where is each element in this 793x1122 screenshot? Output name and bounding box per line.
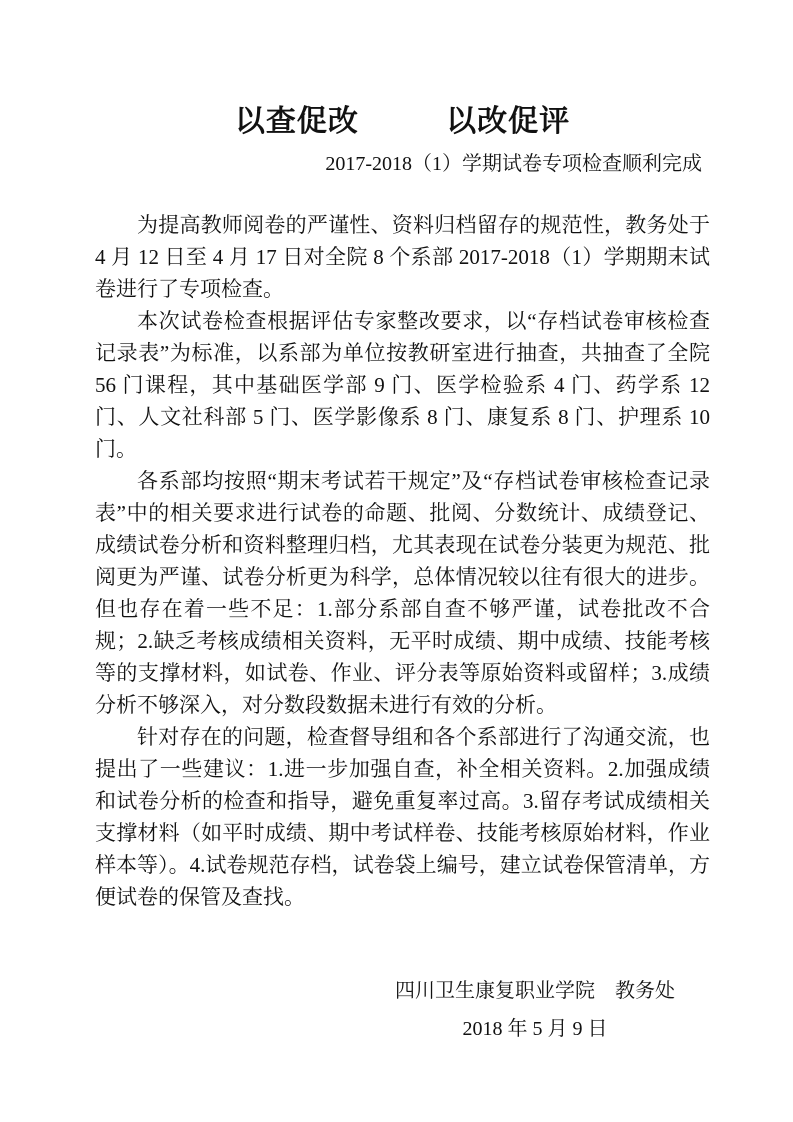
body-paragraph-4: 针对存在的问题，检查督导组和各个系部进行了沟通交流，也提出了一些建议：1.进一步… (95, 721, 710, 913)
body-paragraph-3: 各系部均按照“期末考试若干规定”及“存档试卷审核检查记录表”中的相关要求进行试卷… (95, 465, 710, 721)
document-page: 以查促改 以改促评 2017-2018（1）学期试卷专项检查顺利完成 为提高教师… (0, 0, 793, 1122)
signature-date: 2018 年 5 月 9 日 (395, 1013, 675, 1045)
body-paragraph-1: 为提高教师阅卷的严谨性、资料归档留存的规范性，教务处于 4 月 12 日至 4 … (95, 209, 710, 305)
document-title: 以查促改 以改促评 (95, 103, 710, 141)
document-body: 为提高教师阅卷的严谨性、资料归档留存的规范性，教务处于 4 月 12 日至 4 … (95, 209, 710, 913)
document-subtitle: 2017-2018（1）学期试卷专项检查顺利完成 (95, 151, 710, 177)
signature-block: 四川卫生康复职业学院 教务处 2018 年 5 月 9 日 (95, 975, 710, 1045)
signature-org: 四川卫生康复职业学院 教务处 (395, 975, 675, 1007)
signature-inner: 四川卫生康复职业学院 教务处 2018 年 5 月 9 日 (395, 975, 675, 1045)
document-title-part1: 以查促改 (235, 105, 359, 138)
document-content: 以查促改 以改促评 2017-2018（1）学期试卷专项检查顺利完成 为提高教师… (0, 0, 793, 1045)
document-title-part2: 以改促评 (446, 105, 570, 138)
body-paragraph-2: 本次试卷检查根据评估专家整改要求，以“存档试卷审核检查记录表”为标准，以系部为单… (95, 305, 710, 465)
